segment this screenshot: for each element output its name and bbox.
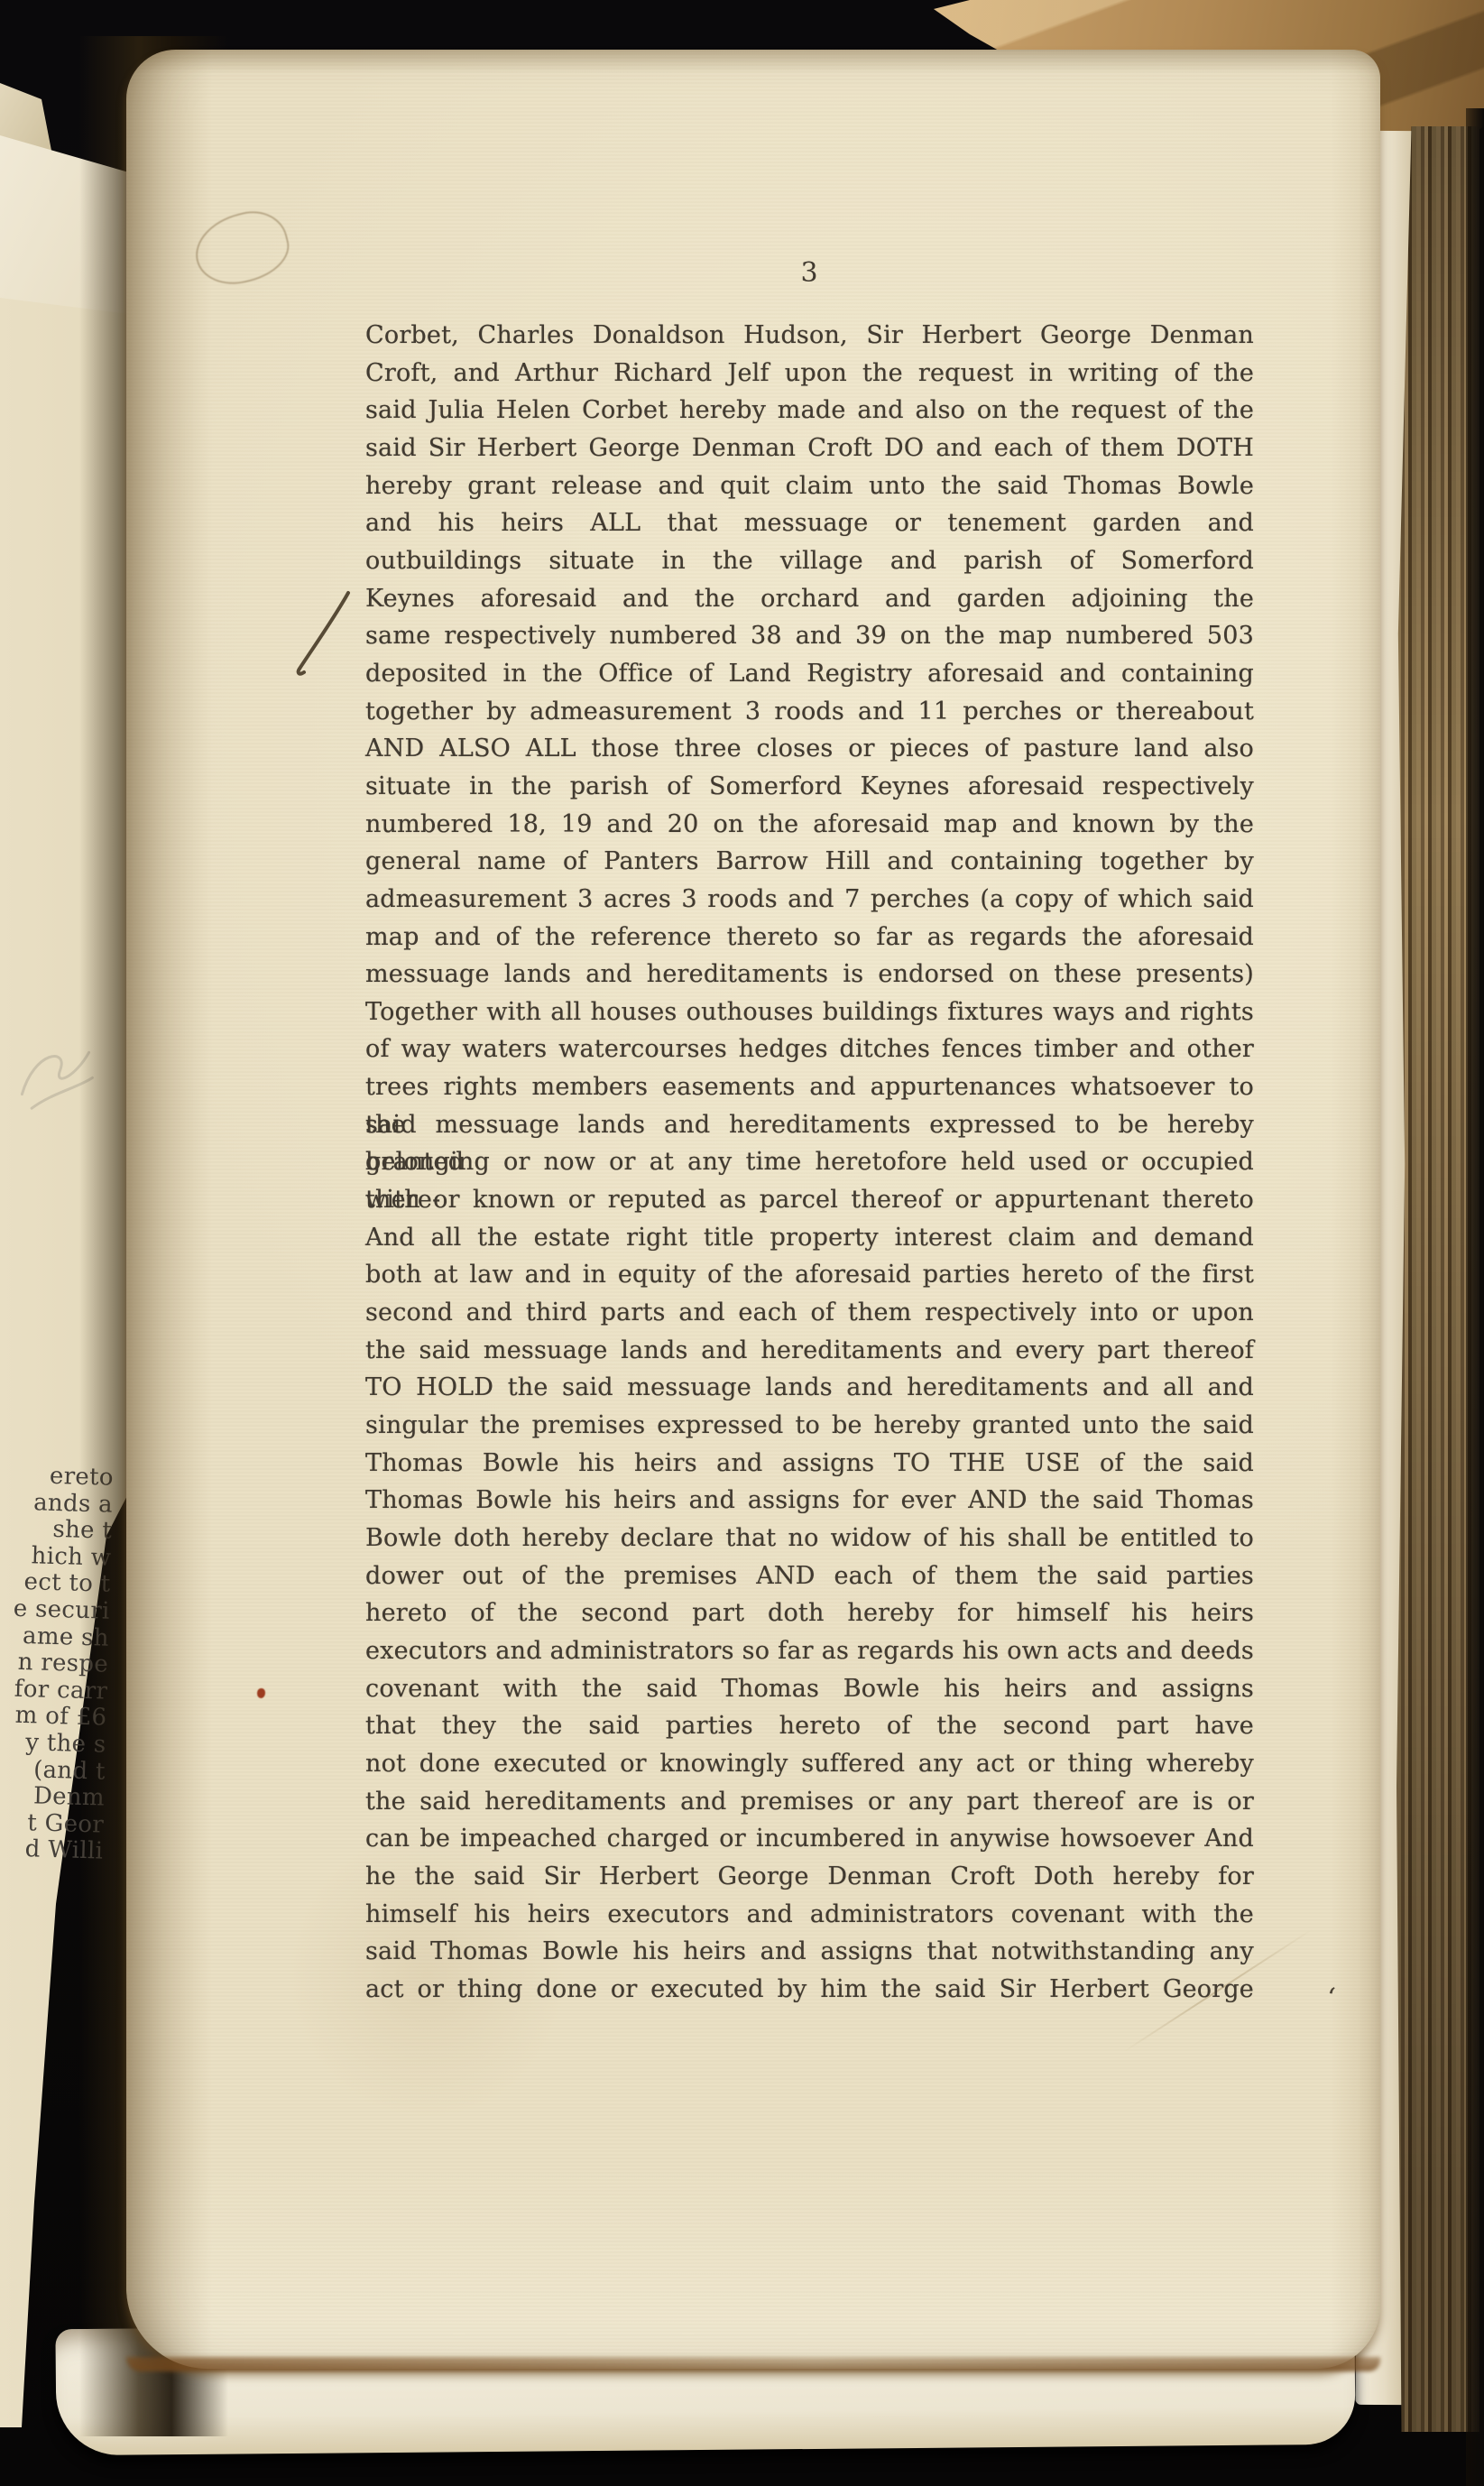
text-line: TO HOLD the said messuage lands and here…: [365, 1369, 1254, 1407]
text-line: the said hereditaments and premises or a…: [365, 1783, 1254, 1821]
text-line: said Sir Herbert George Denman Croft DO …: [365, 430, 1254, 467]
book-page: ‘ 3 Corbet, Charles Donaldson Hudson, Si…: [126, 50, 1380, 2369]
page-number: 3: [365, 257, 1254, 289]
text-line: deposited in the Office of Land Registry…: [365, 655, 1254, 693]
text-line: AND ALSO ALL those three closes or piece…: [365, 730, 1254, 768]
text-line: Thomas Bowle his heirs and assigns TO TH…: [365, 1445, 1254, 1483]
text-line: covenant with the said Thomas Bowle his …: [365, 1670, 1254, 1708]
text-line: said Julia Helen Corbet hereby made and …: [365, 392, 1254, 430]
text-line: the said messuage lands and hereditament…: [365, 1332, 1254, 1370]
text-line: Together with all houses outhouses build…: [365, 993, 1254, 1031]
text-line: messuage lands and hereditaments is endo…: [365, 956, 1254, 993]
text-line: both at law and in equity of the aforesa…: [365, 1256, 1254, 1294]
text-line: admeasurement 3 acres 3 roods and 7 perc…: [365, 881, 1254, 919]
text-line: general name of Panters Barrow Hill and …: [365, 843, 1254, 881]
deed-body-text: Corbet, Charles Donaldson Hudson, Sir He…: [365, 317, 1254, 2009]
burnt-bottom-edge: [126, 2357, 1380, 2371]
text-line: second and third parts and each of them …: [365, 1294, 1254, 1332]
text-line: not done executed or knowingly suffered …: [365, 1745, 1254, 1783]
text-line: singular the premises expressed to be he…: [365, 1407, 1254, 1445]
text-line: same respectively numbered 38 and 39 on …: [365, 617, 1254, 655]
text-line: map and of the reference thereto so far …: [365, 919, 1254, 957]
text-line: can be impeached charged or incumbered i…: [365, 1820, 1254, 1858]
text-line: hereby grant release and quit claim unto…: [365, 467, 1254, 505]
text-line: And all the estate right title property …: [365, 1219, 1254, 1257]
text-line: trees rights members easements and appur…: [365, 1068, 1254, 1106]
text-line: with or known or reputed as parcel there…: [365, 1181, 1254, 1219]
text-line: Bowle doth hereby declare that no widow …: [365, 1520, 1254, 1557]
scanned-deed-photo: eretoands ashe thich wect to te securiam…: [0, 0, 1484, 2486]
text-line: together by admeasurement 3 roods and 11…: [365, 693, 1254, 731]
text-line: outbuildings situate in the village and …: [365, 542, 1254, 580]
text-line: said Thomas Bowle his heirs and assigns …: [365, 1933, 1254, 1971]
text-line: hereto of the second part doth hereby fo…: [365, 1594, 1254, 1632]
text-line: Croft, and Arthur Richard Jelf upon the …: [365, 355, 1254, 393]
text-line: executors and administrators so far as r…: [365, 1632, 1254, 1670]
stack-shadow: [1466, 108, 1484, 2486]
text-line: situate in the parish of Somerford Keyne…: [365, 768, 1254, 806]
text-line: act or thing done or executed by him the…: [365, 1971, 1254, 2009]
text-line: dower out of the premises AND each of th…: [365, 1557, 1254, 1595]
text-line: Corbet, Charles Donaldson Hudson, Sir He…: [365, 317, 1254, 355]
text-line: himself his heirs executors and administ…: [365, 1896, 1254, 1934]
text-line: that they the said parties hereto of the…: [365, 1707, 1254, 1745]
text-line: said messuage lands and hereditaments ex…: [365, 1106, 1254, 1144]
text-line: belonging or now or at any time heretofo…: [365, 1143, 1254, 1181]
pen-tick-mark: [287, 587, 359, 687]
text-line: Thomas Bowle his heirs and assigns for e…: [365, 1482, 1254, 1520]
text-line: of way waters watercourses hedges ditche…: [365, 1030, 1254, 1068]
text-line: numbered 18, 19 and 20 on the aforesaid …: [365, 806, 1254, 844]
text-line: and his heirs ALL that messuage or tenem…: [365, 504, 1254, 542]
text-line: Keynes aforesaid and the orchard and gar…: [365, 580, 1254, 618]
text-line: he the said Sir Herbert George Denman Cr…: [365, 1858, 1254, 1896]
